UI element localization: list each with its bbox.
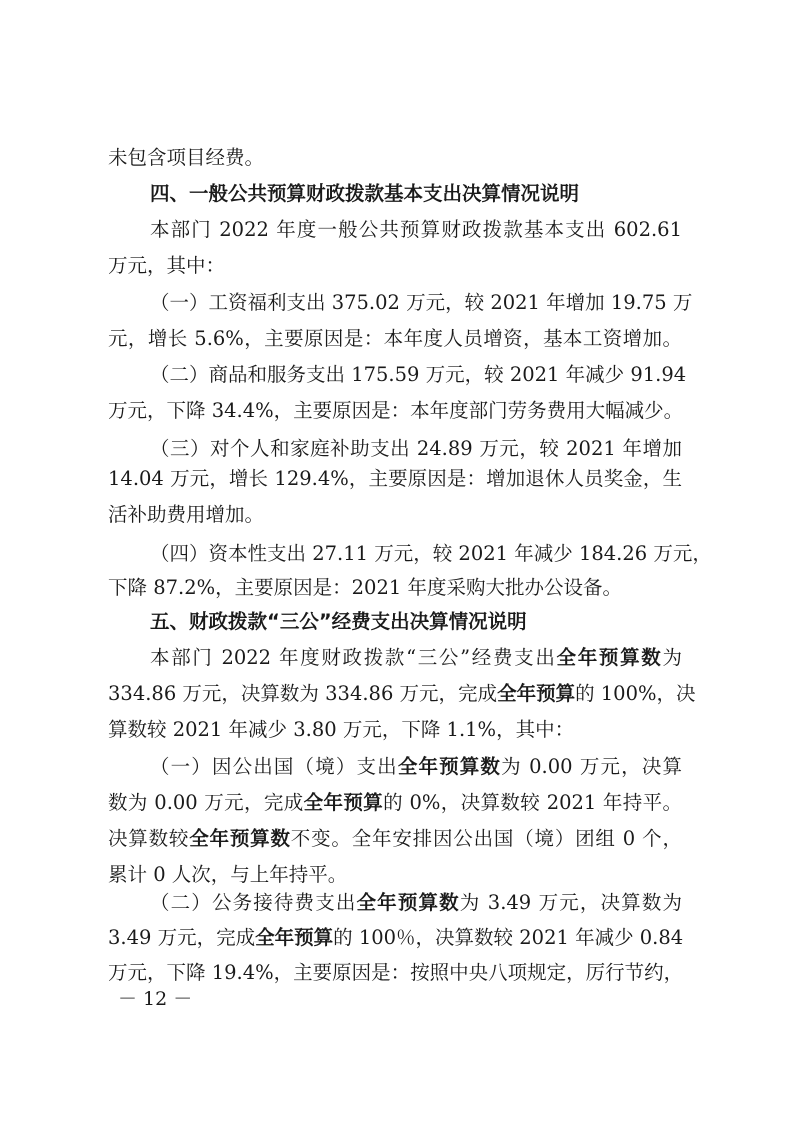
text-line: 算数较 2021 年减少 3.80 万元，下降 1.1%，其中： [108,717,682,743]
section-heading: 四、一般公共预算财政拨款基本支出决算情况说明 [150,181,682,207]
text-line: 活补助费用增加。 [108,502,682,528]
text-line: 决算数较全年预算数不变。全年安排因公出国（境）团组 0 个， [108,826,682,852]
text-line: 元，增长 5.6%，主要原因是：本年度人员增资，基本工资增加。 [108,326,682,352]
text-segment: （一）因公出国（境）支出 [150,755,398,778]
bold-term: 全年预算数 [398,755,501,778]
bold-term: 全年预算 [497,682,575,705]
text-segment: 的 100%，决 [575,682,695,705]
text-line: （二）公务接待费支出全年预算数为 3.49 万元，决算数为 [150,890,682,916]
page-number: － 12 － [118,986,192,1012]
text-line: （二）商品和服务支出 175.59 万元，较 2021 年减少 91.94 [150,362,682,388]
text-line: 334.86 万元，决算数为 334.86 万元，完成全年预算的 100%，决 [108,681,682,707]
text-line: 万元，下降 34.4%，主要原因是：本年度部门劳务费用大幅减少。 [108,398,682,424]
bold-term: 全年预算数 [557,646,663,669]
text-line: （三）对个人和家庭补助支出 24.89 万元，较 2021 年增加 [150,436,682,462]
text-segment: 万元，下降 19.4%，主要原因是：按照中央八项规定，厉行节约， [108,961,683,984]
text-line: 本部门 2022 年度一般公共预算财政拨款基本支出 602.61 [150,217,682,243]
text-line: （一）因公出国（境）支出全年预算数为 0.00 万元，决算 [150,754,682,780]
text-line: 万元，其中： [108,253,682,279]
text-line: 万元，下降 19.4%，主要原因是：按照中央八项规定，厉行节约， [108,960,682,986]
text-segment: 不变。全年安排因公出国（境）团组 0 个， [291,827,682,850]
text-line: 未包含项目经费。 [108,145,682,171]
text-line: 数为 0.00 万元，完成全年预算的 0%，决算数较 2021 年持平。 [108,790,682,816]
text-line: 本部门 2022 年度财政拨款“三公”经费支出全年预算数为 [150,645,682,671]
text-line: （四）资本性支出 27.11 万元，较 2021 年减少 184.26 万元， [150,541,682,567]
text-segment: （二）公务接待费支出 [150,891,357,914]
text-segment: 累计 0 人次，与上年持平。 [108,863,347,886]
text-segment: 的 100％，决算数较 2021 年减少 0.84 [333,926,683,949]
text-segment: 数为 0.00 万元，完成 [108,791,304,814]
text-segment: 3.49 万元，完成 [108,926,255,949]
text-segment: 算数较 2021 年减少 3.80 万元，下降 1.1%，其中： [108,718,574,741]
text-segment: 为 [662,646,682,669]
bold-term: 全年预算数 [189,827,291,850]
text-segment: 为 0.00 万元，决算 [501,755,682,778]
text-segment: 决算数较 [108,827,189,850]
text-line: 累计 0 人次，与上年持平。 [108,862,682,888]
text-line: （一）工资福利支出 375.02 万元，较 2021 年增加 19.75 万 [150,290,682,316]
text-line: 3.49 万元，完成全年预算的 100％，决算数较 2021 年减少 0.84 [108,925,682,951]
bold-term: 全年预算 [255,926,333,949]
text-segment: 的 0%，决算数较 2021 年持平。 [383,791,682,814]
bold-term: 全年预算 [304,791,383,814]
text-segment: 为 3.49 万元，决算数为 [460,891,682,914]
text-segment: 本部门 2022 年度财政拨款“三公”经费支出 [150,646,557,669]
text-segment: 334.86 万元，决算数为 334.86 万元，完成 [108,682,497,705]
section-heading: 五、财政拨款“三公”经费支出决算情况说明 [150,609,682,635]
text-line: 下降 87.2%，主要原因是：2021 年度采购大批办公设备。 [108,575,682,601]
text-line: 14.04 万元，增长 129.4%，主要原因是：增加退休人员奖金，生 [108,466,682,492]
bold-term: 全年预算数 [357,891,460,914]
